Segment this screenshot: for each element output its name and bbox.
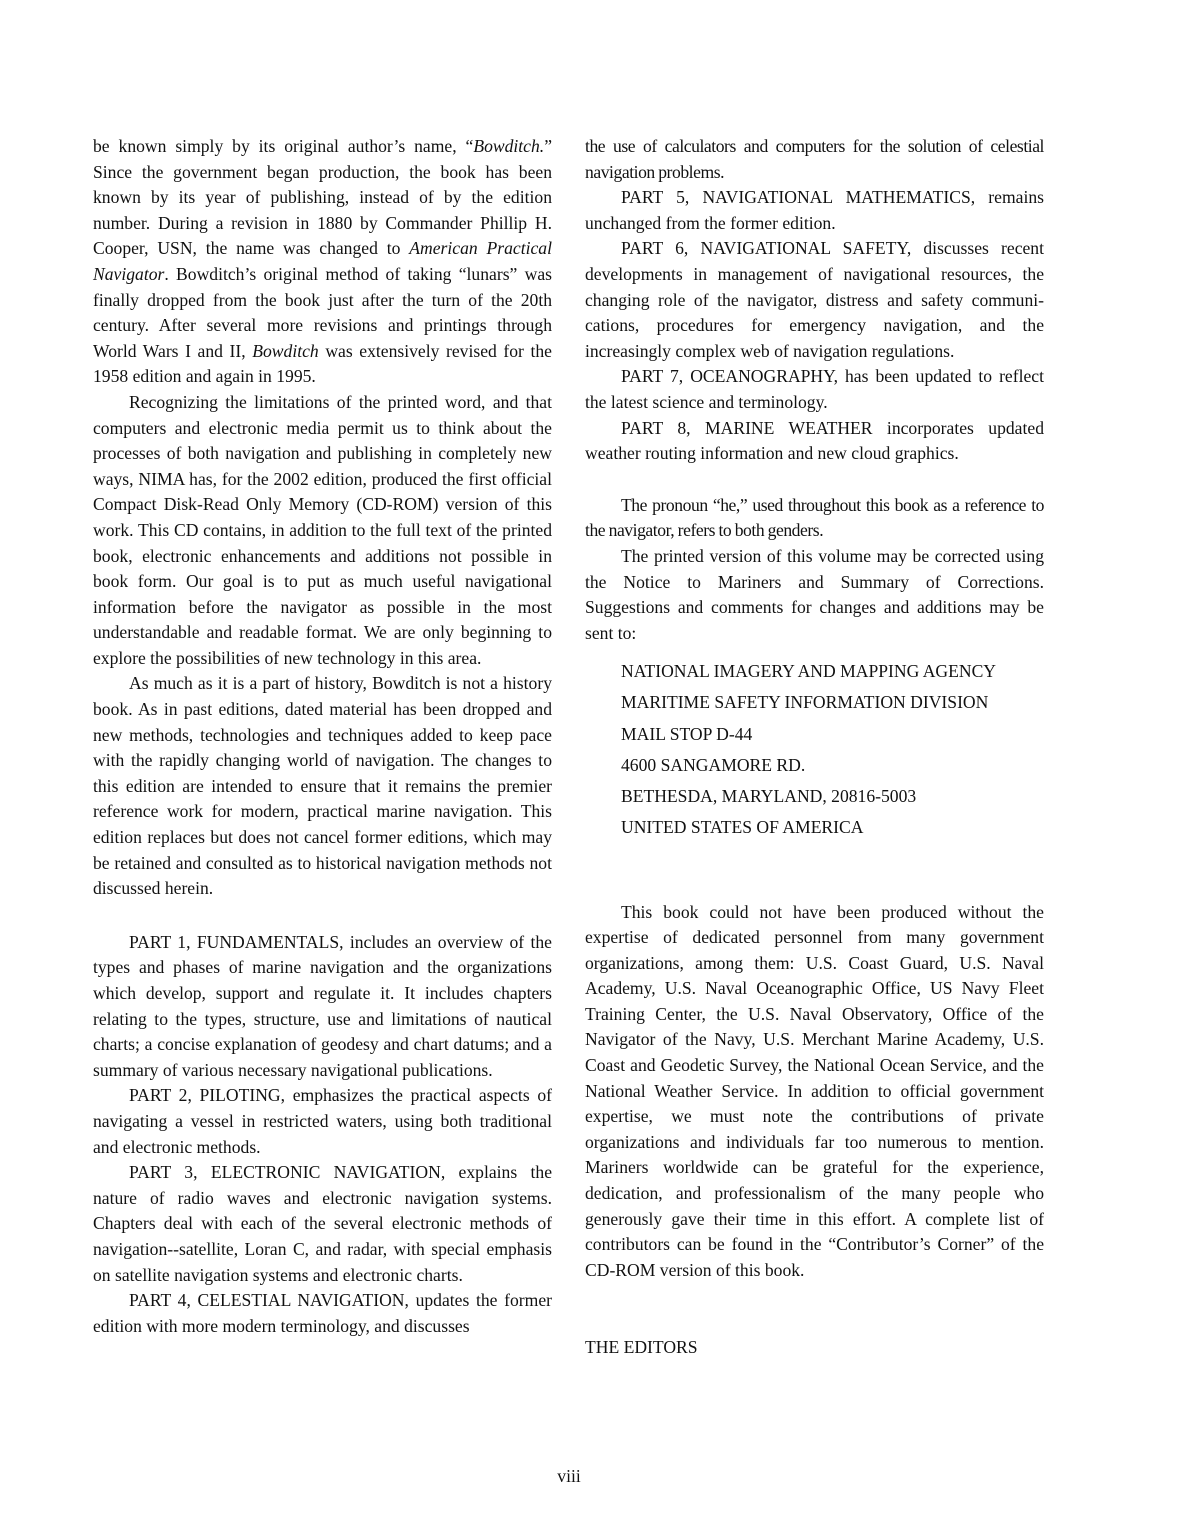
page-number: viii xyxy=(0,1466,1138,1487)
signature: THE EDITORS xyxy=(585,1335,1044,1361)
history-paragraph: be known simply by its original author’s… xyxy=(93,134,552,390)
part-5-paragraph: PART 5, NAVIGATIONAL MATHEMATICS, remain… xyxy=(585,185,1044,236)
spacer xyxy=(585,467,1044,493)
spacer xyxy=(585,844,1044,900)
part-2-paragraph: PART 2, PILOTING, emphasizes the practic… xyxy=(93,1083,552,1160)
part-3-paragraph: PART 3, ELECTRONIC NAVIGATION, explains … xyxy=(93,1160,552,1288)
address-line: NATIONAL IMAGERY AND MAPPING AGENCY xyxy=(621,656,1044,687)
part-4-paragraph-end: the use of calculators and computers for… xyxy=(585,134,1044,185)
spacer xyxy=(585,1283,1044,1335)
pronoun-note: The pronoun “he,” used throughout this b… xyxy=(585,493,1044,544)
cd-rom-paragraph: Recognizing the limitations of the print… xyxy=(93,390,552,672)
part-4-paragraph-start: PART 4, CELESTIAL NAVIGATION, updates th… xyxy=(93,1288,552,1339)
left-column: be known simply by its original author’s… xyxy=(93,134,552,1339)
acknowledgments-paragraph: This book could not have been produced w… xyxy=(585,900,1044,1284)
address-line: MARITIME SAFETY INFORMATION DIVISION xyxy=(621,687,1044,718)
part-1-paragraph: PART 1, FUNDAMENTALS, includes an overvi… xyxy=(93,930,552,1084)
spacer xyxy=(585,646,1044,656)
right-column: the use of calculators and computers for… xyxy=(585,134,1044,1361)
not-history-paragraph: As much as it is a part of history, Bowd… xyxy=(93,671,552,901)
address-line: UNITED STATES OF AMERICA xyxy=(621,812,1044,843)
address-line: MAIL STOP D-44 xyxy=(621,719,1044,750)
mailing-address: NATIONAL IMAGERY AND MAPPING AGENCY MARI… xyxy=(585,656,1044,843)
part-7-paragraph: PART 7, OCEANOGRAPHY, has been updated t… xyxy=(585,364,1044,415)
book-title-italic: Bowditch xyxy=(252,341,318,361)
address-line: BETHESDA, MARYLAND, 20816-5003 xyxy=(621,781,1044,812)
address-line: 4600 SANGAMORE RD. xyxy=(621,750,1044,781)
part-6-paragraph: PART 6, NAVIGATIONAL SAFETY, discusses r… xyxy=(585,236,1044,364)
spacer xyxy=(93,902,552,930)
part-8-paragraph: PART 8, MARINE WEATHER incorporates upda… xyxy=(585,416,1044,467)
book-title-italic: Bowditch. xyxy=(473,136,544,156)
corrections-paragraph: The printed version of this volume may b… xyxy=(585,544,1044,646)
